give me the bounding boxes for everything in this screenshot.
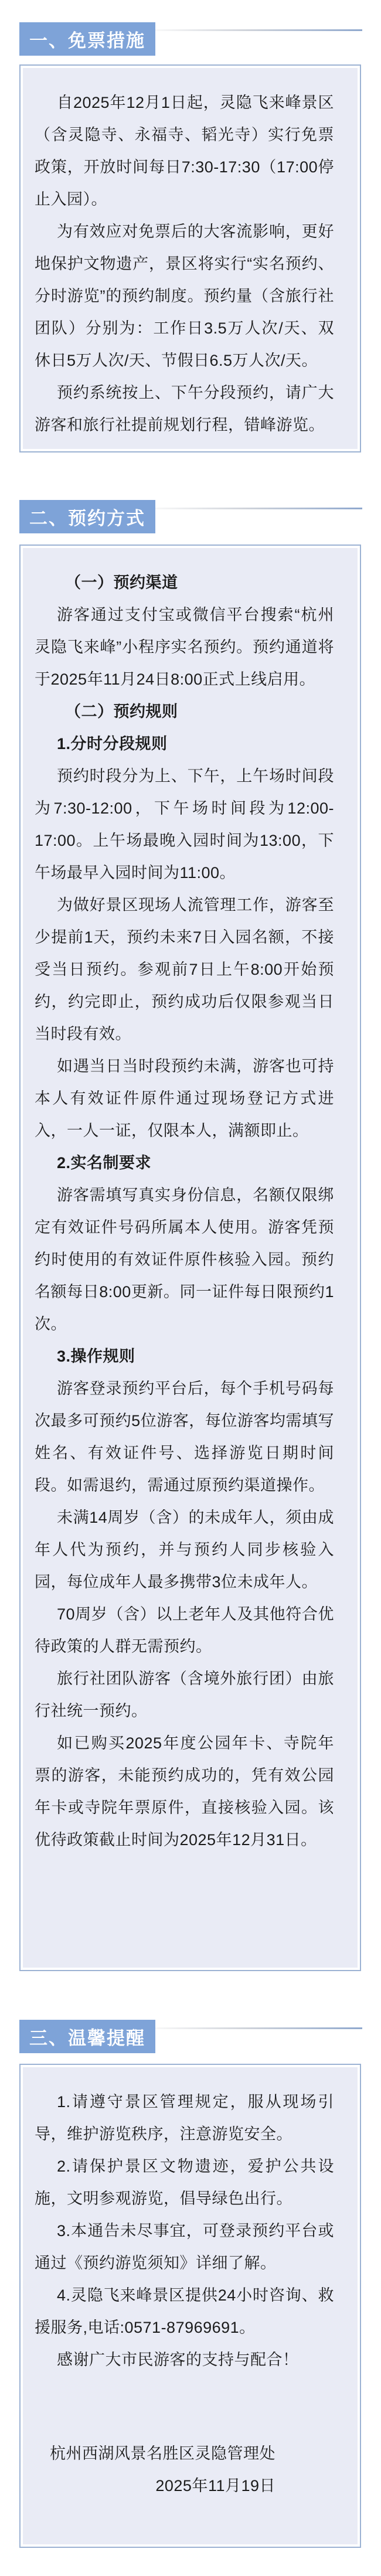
paragraph: 如遇当日当时段预约未满，游客也可持本人有效证件原件通过现场登记方式进入，一人一证… [35,1050,334,1147]
section2-content: （一）预约渠道 游客通过支付宝或微信平台搜索“杭州灵隐飞来峰”小程序实名预约。预… [23,548,358,1968]
section3-title: 三、温馨提醒 [29,2023,145,2050]
section1-content: 自2025年12月1日起，灵隐飞来峰景区（含灵隐寺、永福寺、韬光寺）实行免票政策… [23,68,358,449]
paragraph: 游客登录预约平台后，每个手机号码每次最多可预约5位游客，每位游客均需填写姓名、有… [35,1373,334,1502]
paragraph: 旅行社团队游客（含境外旅行团）由旅行社统一预约。 [35,1663,334,1727]
section3-box: 1.请遵守景区管理规定，服从现场引导，维护游览秩序，注意游览安全。 2.请保护景… [19,2064,361,2548]
paragraph: 感谢广大市民游客的支持与配合！ [35,2344,334,2376]
paragraph: 预约时段分为上、下午，上午场时间段为7:30-12:00，下午场时间段为12:0… [35,760,334,889]
paragraph: 游客需填写真实身份信息，名额仅限绑定有效证件号码所属本人使用。游客凭预约时使用的… [35,1179,334,1340]
subsection-heading: （一）预约渠道 [35,567,334,599]
section3-header: 三、温馨提醒 [19,2020,155,2053]
section2-header: 二、预约方式 [19,500,155,533]
paragraph: 3.本通告未尽事宜，可登录预约平台或通过《预约游览须知》详细了解。 [35,2215,334,2279]
paragraph: 70周岁（含）以上老年人及其他符合优待政策的人群无需预约。 [35,1598,334,1663]
section1-title: 一、免票措施 [29,26,145,52]
rule-heading: 3.操作规则 [35,1340,334,1373]
section2-box: （一）预约渠道 游客通过支付宝或微信平台搜索“杭州灵隐飞来峰”小程序实名预约。预… [19,545,361,1971]
rule-heading: 1.分时分段规则 [35,728,334,760]
paragraph: 预约系统按上、下午分段预约，请广大游客和旅行社提前规划行程，错峰游览。 [35,377,334,441]
paragraph: 4.灵隐飞来峰景区提供24小时咨询、救援服务,电话:0571-87969691。 [35,2279,334,2344]
paragraph: 自2025年12月1日起，灵隐飞来峰景区（含灵隐寺、永福寺、韬光寺）实行免票政策… [35,87,334,216]
paragraph: 为有效应对免票后的大客流影响，更好地保护文物遗产，景区将实行“实名预约、分时游览… [35,216,334,377]
issuing-organization: 杭州西湖风景名胜区灵隐管理处 [35,2438,275,2470]
issue-date: 2025年11月19日 [35,2470,275,2502]
paragraph: 游客通过支付宝或微信平台搜索“杭州灵隐飞来峰”小程序实名预约。预约通道将于202… [35,599,334,696]
signature-block: 杭州西湖风景名胜区灵隐管理处 2025年11月19日 [35,2438,334,2502]
paragraph: 如已购买2025年度公园年卡、寺院年票的游客，未能预约成功的，凭有效公园年卡或寺… [35,1727,334,1856]
subsection-heading: （二）预约规则 [35,696,334,728]
paragraph: 为做好景区现场人流管理工作，游客至少提前1天，预约未来7日入园名额，不接受当日预… [35,889,334,1050]
section1-box: 自2025年12月1日起，灵隐飞来峰景区（含灵隐寺、永福寺、韬光寺）实行免票政策… [19,64,361,452]
section3-content: 1.请遵守景区管理规定，服从现场引导，维护游览秩序，注意游览安全。 2.请保护景… [23,2067,358,2544]
notice-page: 一、免票措施 自2025年12月1日起，灵隐飞来峰景区（含灵隐寺、永福寺、韬光寺… [0,0,381,2576]
paragraph: 未满14周岁（含）的未成年人，须由成年人代为预约，并与预约人同步核验入园，每位成… [35,1502,334,1598]
paragraph: 1.请遵守景区管理规定，服从现场引导，维护游览秩序，注意游览安全。 [35,2086,334,2150]
section2-title: 二、预约方式 [29,503,145,530]
paragraph: 2.请保护景区文物遗迹，爱护公共设施，文明参观游览，倡导绿色出行。 [35,2150,334,2215]
decorative-line [152,2027,362,2029]
section1-header: 一、免票措施 [19,22,155,56]
rule-heading: 2.实名制要求 [35,1147,334,1179]
decorative-line [152,508,362,509]
decorative-line [152,29,362,31]
